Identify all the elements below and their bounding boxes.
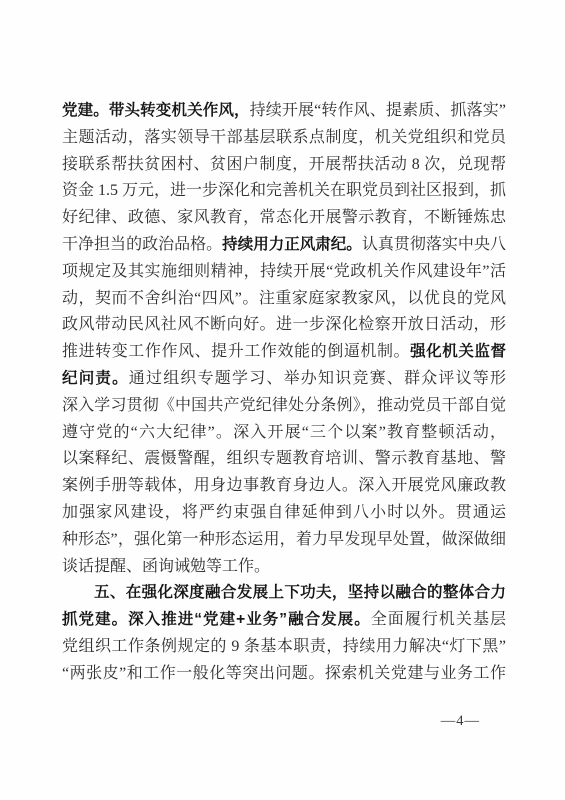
text-run: 遵守党的“六大纪律”。深入开展“三个以案”教育整顿活动，: [62, 424, 506, 441]
text-run: 认真贯彻落实中央八: [362, 236, 506, 253]
text-line: 以案释纪、震慑警醒，组织专题教育培训、警示教育基地、警示: [62, 446, 506, 473]
text-run: 深入学习贯彻《中国共产党纪律处分条例》，推动党员干部自觉: [62, 397, 506, 414]
text-line: “两张皮”和工作一般化等突出问题。探索机关党建与业务工作: [62, 661, 506, 688]
text-line: 好纪律、政德、家风教育，常态化开展警示教育，不断锤炼忠诚: [62, 205, 506, 232]
text-line: 深入学习贯彻《中国共产党纪律处分条例》，推动党员干部自觉: [62, 393, 506, 420]
text-line: 党建。带头转变机关作风，持续开展“转作风、提素质、抓落实”: [62, 98, 506, 125]
text-run: 干净担当的政治品格。: [62, 236, 222, 253]
text-line: 接联系帮扶贫困村、贫困户制度，开展帮扶活动 8 次，兑现帮扶: [62, 152, 506, 179]
text-run: 主题活动，落实领导干部基层联系点制度，机关党组织和党员直: [62, 129, 506, 152]
text-run: “两张皮”和工作一般化等突出问题。探索机关党建与业务工作: [62, 665, 506, 682]
text-line: 党组织工作条例规定的 9 条基本职责，持续用力解决“灯下黑”: [62, 634, 506, 661]
text-line: 纪问责。通过组织专题学习、举办知识竞赛、群众评议等形式，: [62, 366, 506, 393]
bold-text-run: 纪问责。: [62, 370, 129, 387]
text-run: 政风带动民风社风不断向好。进一步深化检察开放日活动，形成: [62, 316, 506, 339]
bold-text-run: 抓党建。深入推进“党建+业务”融合发展。: [62, 611, 371, 628]
text-line: 抓党建。深入推进“党建+业务”融合发展。全面履行机关基层: [62, 607, 506, 634]
text-line: 政风带动民风社风不断向好。进一步深化检察开放日活动，形成: [62, 312, 506, 339]
bold-text-run: 持续用力正风肃纪。: [222, 236, 362, 253]
text-line: 谈话提醒、函询诫勉等工作。: [62, 554, 506, 581]
text-line: 资金 1.5 万元，进一步深化和完善机关在职党员到社区报到，抓: [62, 178, 506, 205]
document-page: 党建。带头转变机关作风，持续开展“转作风、提素质、抓落实”主题活动，落实领导干部…: [0, 0, 565, 800]
text-run: 通过组织专题学习、举办知识竞赛、群众评议等形式，: [62, 370, 506, 393]
bold-text-run: 五、在强化深度融合发展上下功夫，坚持以融合的整体合力: [62, 584, 506, 601]
text-run: 好纪律、政德、家风教育，常态化开展警示教育，不断锤炼忠诚: [62, 209, 506, 232]
text-run: 加强家风建设，将严约束强自律延伸到八小时以外。贯通运用“四: [62, 504, 506, 527]
text-line: 动，契而不舍纠治“四风”。注重家庭家教家风，以优良的党风: [62, 286, 506, 313]
text-run: 资金 1.5 万元，进一步深化和完善机关在职党员到社区报到，抓: [62, 182, 506, 199]
text-run: 接联系帮扶贫困村、贫困户制度，开展帮扶活动 8 次，兑现帮扶: [62, 156, 506, 179]
bold-text-run: 党建。带头转变机关作风，: [62, 102, 250, 119]
text-line: 遵守党的“六大纪律”。深入开展“三个以案”教育整顿活动，: [62, 420, 506, 447]
text-line: 推进转变工作作风、提升工作效能的倒逼机制。强化机关监督执: [62, 339, 506, 366]
text-line: 干净担当的政治品格。持续用力正风肃纪。认真贯彻落实中央八: [62, 232, 506, 259]
text-line: 加强家风建设，将严约束强自律延伸到八小时以外。贯通运用“四: [62, 500, 506, 527]
text-run: 党组织工作条例规定的 9 条基本职责，持续用力解决“灯下黑”: [62, 638, 506, 655]
text-run: 推进转变工作作风、提升工作效能的倒逼机制。: [62, 343, 410, 360]
text-run: 案例手册等载体，用身边事教育身边人。深入开展党风廉政教育，: [62, 477, 506, 500]
text-run: 谈话提醒、函询诫勉等工作。: [62, 558, 270, 575]
text-run: 以案释纪、震慑警醒，组织专题教育培训、警示教育基地、警示: [62, 450, 506, 473]
text-run: 项规定及其实施细则精神，持续开展“党政机关作风建设年”活: [62, 263, 506, 280]
text-run: 全面履行机关基层: [371, 611, 506, 628]
page-number: —4—: [441, 713, 480, 730]
text-run: 持续开展“转作风、提素质、抓落实”: [250, 102, 506, 119]
text-run: 动，契而不舍纠治“四风”。注重家庭家教家风，以优良的党风: [62, 290, 506, 307]
text-line: 案例手册等载体，用身边事教育身边人。深入开展党风廉政教育，: [62, 473, 506, 500]
text-line: 项规定及其实施细则精神，持续开展“党政机关作风建设年”活: [62, 259, 506, 286]
text-run: 种形态”，强化第一种形态运用，着力早发现早处置，做深做细: [62, 531, 506, 548]
text-line: 主题活动，落实领导干部基层联系点制度，机关党组织和党员直: [62, 125, 506, 152]
text-line: 五、在强化深度融合发展上下功夫，坚持以融合的整体合力: [62, 580, 506, 607]
text-line: 种形态”，强化第一种形态运用，着力早发现早处置，做深做细: [62, 527, 506, 554]
document-body: 党建。带头转变机关作风，持续开展“转作风、提素质、抓落实”主题活动，落实领导干部…: [62, 98, 506, 688]
